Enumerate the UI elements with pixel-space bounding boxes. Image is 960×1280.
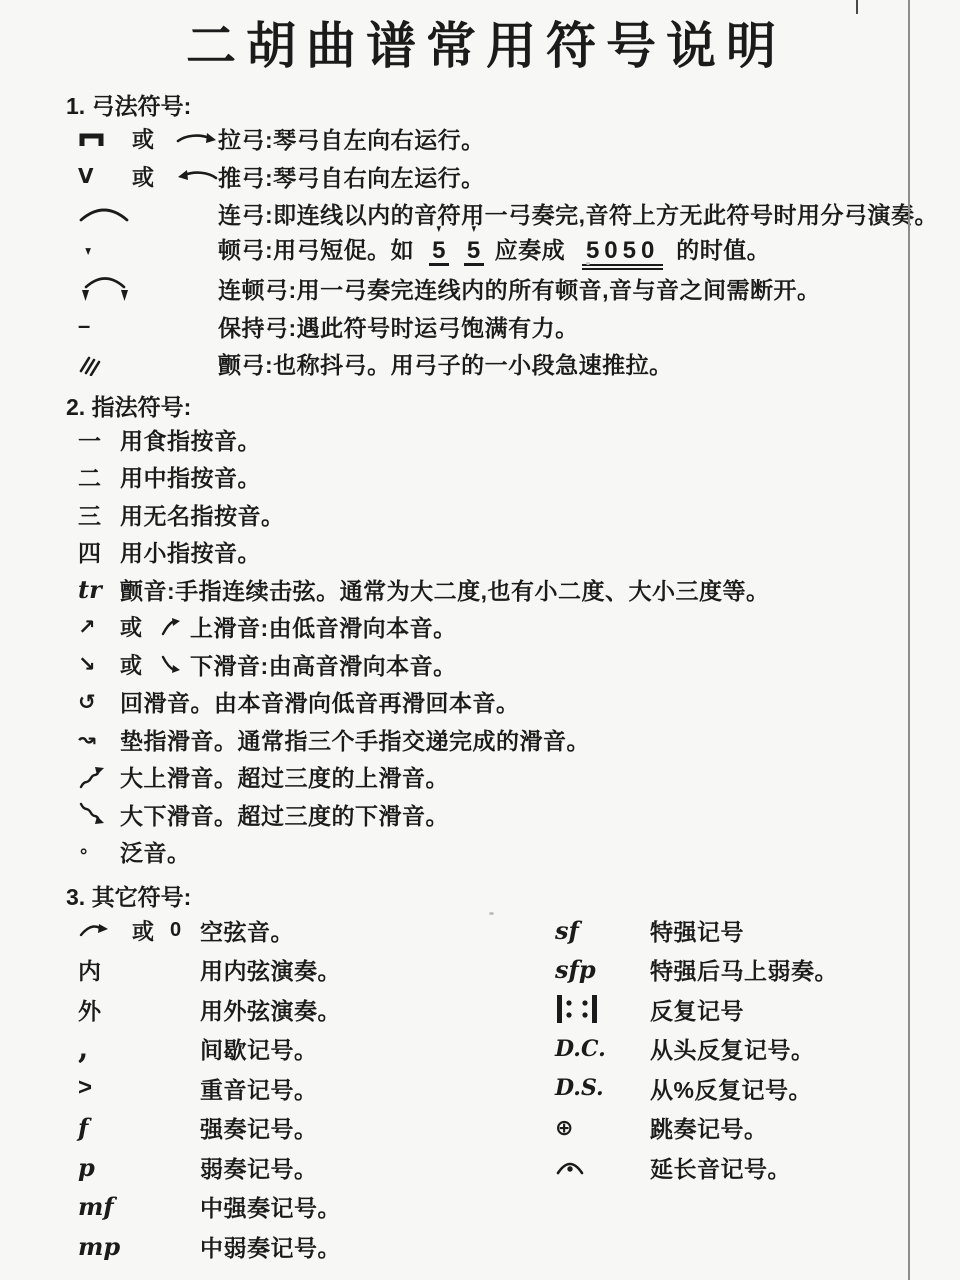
- staccato-mark-icon: ▼: [435, 225, 443, 236]
- piano-symbol: p: [78, 1153, 200, 1182]
- symbol-description: 用无名指按音。: [120, 498, 285, 531]
- scan-artifact-tick: [856, 0, 858, 14]
- staccato-text-mid: 应奏成: [495, 237, 566, 263]
- symbol-description: 回滑音。由本音滑向低音再滑回本音。: [120, 685, 520, 718]
- trill-symbol: tr: [78, 575, 120, 604]
- row-tenuto-bow: – 保持弓:遇此符号时运弓饱满有力。: [78, 308, 960, 346]
- row-sforzando: sf 特强记号: [555, 911, 960, 951]
- symbol-description: 泛音。: [120, 835, 191, 868]
- symbol-description: 反复记号: [650, 993, 744, 1026]
- row-forte: f 强奏记号。: [78, 1108, 555, 1148]
- document-page: 二胡曲谱常用符号说明 1. 弓法符号: 或 拉弓:琴弓自左向右运行。 V 或 推…: [0, 0, 960, 1280]
- row-slurred-staccato: 连顿弓:用一弓奏完连线内的所有顿音,音与音之间需断开。: [78, 270, 960, 308]
- section-fingering: 2. 指法符号: 一 用食指按音。 二 用中指按音。 三 用无名指按音。 四 用…: [0, 393, 960, 871]
- row-finger-1: 一 用食指按音。: [78, 421, 960, 459]
- section-2-heading: 2. 指法符号:: [66, 393, 960, 421]
- row-pull-bow: 或 拉弓:琴弓自左向右运行。: [78, 120, 960, 158]
- staccato-mark-icon: ▼: [470, 225, 478, 236]
- symbol-description: 保持弓:遇此符号时运弓饱满有力。: [218, 310, 579, 343]
- symbol-description: 强奏记号。: [200, 1111, 318, 1144]
- coda-symbol: ⊕: [555, 1115, 650, 1141]
- pull-bow-arrow-icon: [176, 130, 218, 148]
- symbol-description: 大上滑音。超过三度的上滑音。: [120, 760, 449, 793]
- note-five-staccato: ▼5: [464, 238, 484, 266]
- curved-up-slide-icon: [160, 617, 190, 637]
- mezzo-piano-symbol: mp: [78, 1232, 200, 1261]
- row-accent: > 重音记号。: [78, 1069, 555, 1109]
- symbol-description: 用小指按音。: [120, 535, 261, 568]
- up-bow-icon: V: [78, 164, 132, 188]
- row-big-down-slide: 大下滑音。超过三度的下滑音。: [78, 796, 960, 834]
- or-word: 或: [120, 611, 160, 642]
- symbol-description: 中弱奏记号。: [200, 1230, 341, 1263]
- row-repeat-sign: 反复记号: [555, 990, 960, 1030]
- row-return-slide: ↺ 回滑音。由本音滑向低音再滑回本音。: [78, 683, 960, 721]
- row-down-slide: ↘ 或 下滑音:由高音滑向本音。: [78, 646, 960, 684]
- section-3-heading: 3. 其它符号:: [66, 883, 960, 911]
- symbol-description: 从%反复记号。: [650, 1072, 812, 1105]
- symbol-description: 用食指按音。: [120, 423, 261, 456]
- big-up-slide-icon: [78, 764, 120, 790]
- row-dal-segno: D.S. 从%反复记号。: [555, 1069, 960, 1109]
- row-tremolo-bow: 颤弓:也称抖弓。用弓子的一小段急速推拉。: [78, 345, 960, 383]
- row-harmonic: ∘ 泛音。: [78, 833, 960, 871]
- symbol-description: 跳奏记号。: [650, 1111, 768, 1144]
- row-slur: 连弓:即连线以内的音符用一弓奏完,音符上方无此符号时用分弓演奏。: [78, 195, 960, 233]
- forte-symbol: f: [78, 1113, 200, 1142]
- or-word: 或: [132, 161, 176, 192]
- symbol-description: 从头反复记号。: [650, 1032, 815, 1065]
- curved-down-slide-icon: [160, 654, 190, 674]
- symbol-description: 间歇记号。: [200, 1032, 318, 1065]
- push-bow-arrow-icon: [176, 167, 218, 185]
- row-big-up-slide: 大上滑音。超过三度的上滑音。: [78, 758, 960, 796]
- symbol-description: 延长音记号。: [650, 1151, 791, 1184]
- symbol-description: 垫指滑音。通常指三个手指交递完成的滑音。: [120, 723, 590, 756]
- staccato-text-pre: 顿弓:用弓短促。如: [218, 237, 414, 263]
- symbol-description: 推弓:琴弓自右向左运行。: [218, 160, 485, 193]
- sfp-symbol: sfp: [555, 955, 650, 984]
- row-finger-2: 二 用中指按音。: [78, 458, 960, 496]
- other-symbols-left-column: 或 0 空弦音。 内 用内弦演奏。 外 用外弦演奏。 , 间歇记号。 >: [78, 911, 555, 1267]
- row-fermata: 延长音记号。: [555, 1148, 960, 1188]
- row-finger-4: 四 用小指按音。: [78, 533, 960, 571]
- row-staccato-bow: ▼ 顿弓:用弓短促。如 ▼5 ▼5 应奏成 5050 的时值。: [78, 233, 960, 271]
- finger-3-symbol: 三: [78, 498, 120, 531]
- mezzo-forte-symbol: mf: [78, 1192, 200, 1221]
- open-string-arc-icon: [78, 922, 132, 938]
- symbol-description: 颤音:手指连续击弦。通常为大二度,也有小二度、大小三度等。: [120, 573, 770, 606]
- pad-finger-slide-icon: ↝: [78, 727, 120, 751]
- tenuto-icon: –: [78, 313, 132, 339]
- row-push-bow: V 或 推弓:琴弓自右向左运行。: [78, 158, 960, 196]
- down-slide-arrow-icon: ↘: [78, 652, 120, 676]
- tremolo-icon: [78, 352, 132, 376]
- breath-comma-symbol: ,: [78, 1044, 200, 1054]
- symbol-description: 重音记号。: [200, 1072, 318, 1105]
- row-breath-mark: , 间歇记号。: [78, 1029, 555, 1069]
- return-slide-icon: ↺: [78, 690, 120, 714]
- row-coda: ⊕ 跳奏记号。: [555, 1108, 960, 1148]
- or-word: 或: [132, 915, 170, 946]
- section-other: 3. 其它符号: 或 0 空弦音。 内 用内弦演奏。 外 用外弦演奏。: [0, 883, 960, 1267]
- symbol-description: 顿弓:用弓短促。如 ▼5 ▼5 应奏成 5050 的时值。: [218, 232, 770, 270]
- up-slide-arrow-icon: ↗: [78, 615, 120, 639]
- slurred-staccato-icon: [78, 275, 132, 303]
- fermata-icon: [555, 1158, 650, 1176]
- row-outer-string: 外 用外弦演奏。: [78, 990, 555, 1030]
- row-finger-3: 三 用无名指按音。: [78, 496, 960, 534]
- scan-speck: [586, 262, 590, 265]
- row-da-capo: D.C. 从头反复记号。: [555, 1029, 960, 1069]
- other-symbols-right-column: sf 特强记号 sfp 特强后马上弱奏。 反复记号 D.C. 从头反复记号。: [555, 911, 960, 1267]
- symbol-description: 拉弓:琴弓自左向右运行。: [218, 122, 485, 155]
- finger-2-symbol: 二: [78, 460, 120, 493]
- scan-speck: [489, 912, 494, 915]
- ds-symbol: D.S.: [555, 1075, 650, 1101]
- repeat-sign-icon: [555, 994, 650, 1024]
- row-up-slide: ↗ 或 上滑音:由低音滑向本音。: [78, 608, 960, 646]
- dc-symbol: D.C.: [555, 1036, 650, 1062]
- finger-1-symbol: 一: [78, 423, 120, 456]
- row-mezzo-piano: mp 中弱奏记号。: [78, 1227, 555, 1267]
- down-bow-icon: [78, 130, 132, 148]
- row-mezzo-forte: mf 中强奏记号。: [78, 1187, 555, 1227]
- symbol-description: 颤弓:也称抖弓。用弓子的一小段急速推拉。: [218, 347, 673, 380]
- row-piano: p 弱奏记号。: [78, 1148, 555, 1188]
- symbol-description: 中强奏记号。: [200, 1190, 341, 1223]
- symbol-description: 下滑音:由高音滑向本音。: [190, 648, 457, 681]
- symbol-description: 大下滑音。超过三度的下滑音。: [120, 798, 449, 831]
- symbol-description: 特强记号: [650, 914, 744, 947]
- row-inner-string: 内 用内弦演奏。: [78, 950, 555, 990]
- section-1-heading: 1. 弓法符号:: [66, 92, 960, 120]
- symbol-description: 用内弦演奏。: [200, 953, 341, 986]
- harmonic-circle-icon: ∘: [78, 841, 120, 862]
- inner-string-symbol: 内: [78, 953, 200, 986]
- symbol-description: 连顿弓:用一弓奏完连线内的所有顿音,音与音之间需断开。: [218, 272, 821, 305]
- outer-string-symbol: 外: [78, 993, 200, 1026]
- big-down-slide-icon: [78, 801, 120, 827]
- note-five-staccato: ▼5: [429, 238, 449, 266]
- symbol-description: 用外弦演奏。: [200, 993, 341, 1026]
- note-5050: 5050: [582, 238, 663, 270]
- finger-4-symbol: 四: [78, 535, 120, 568]
- symbol-description: 空弦音。: [200, 914, 294, 947]
- zero-symbol: 0: [170, 919, 200, 942]
- symbol-description: 用中指按音。: [120, 460, 261, 493]
- row-pad-finger-slide: ↝ 垫指滑音。通常指三个手指交递完成的滑音。: [78, 721, 960, 759]
- accent-symbol: >: [78, 1074, 200, 1102]
- row-open-string: 或 0 空弦音。: [78, 911, 555, 951]
- symbol-description: 弱奏记号。: [200, 1151, 318, 1184]
- row-sfp: sfp 特强后马上弱奏。: [555, 950, 960, 990]
- staccato-icon: ▼: [83, 244, 126, 258]
- staccato-text-post: 的时值。: [676, 237, 770, 263]
- row-trill: tr 颤音:手指连续击弦。通常为大二度,也有小二度、大小三度等。: [78, 571, 960, 609]
- sforzando-symbol: sf: [555, 916, 650, 945]
- or-word: 或: [120, 649, 160, 680]
- other-symbols-columns: 或 0 空弦音。 内 用内弦演奏。 外 用外弦演奏。 , 间歇记号。 >: [78, 911, 960, 1267]
- scan-vertical-line: [908, 0, 910, 1280]
- or-word: 或: [132, 123, 176, 154]
- section-bowing: 1. 弓法符号: 或 拉弓:琴弓自左向右运行。 V 或 推弓:琴弓自右向左运行。: [0, 92, 960, 383]
- symbol-description: 上滑音:由低音滑向本音。: [190, 610, 457, 643]
- page-title: 二胡曲谱常用符号说明: [0, 0, 960, 76]
- symbol-description: 连弓:即连线以内的音符用一弓奏完,音符上方无此符号时用分弓演奏。: [218, 197, 938, 230]
- slur-icon: [78, 205, 132, 223]
- symbol-description: 特强后马上弱奏。: [650, 953, 838, 986]
